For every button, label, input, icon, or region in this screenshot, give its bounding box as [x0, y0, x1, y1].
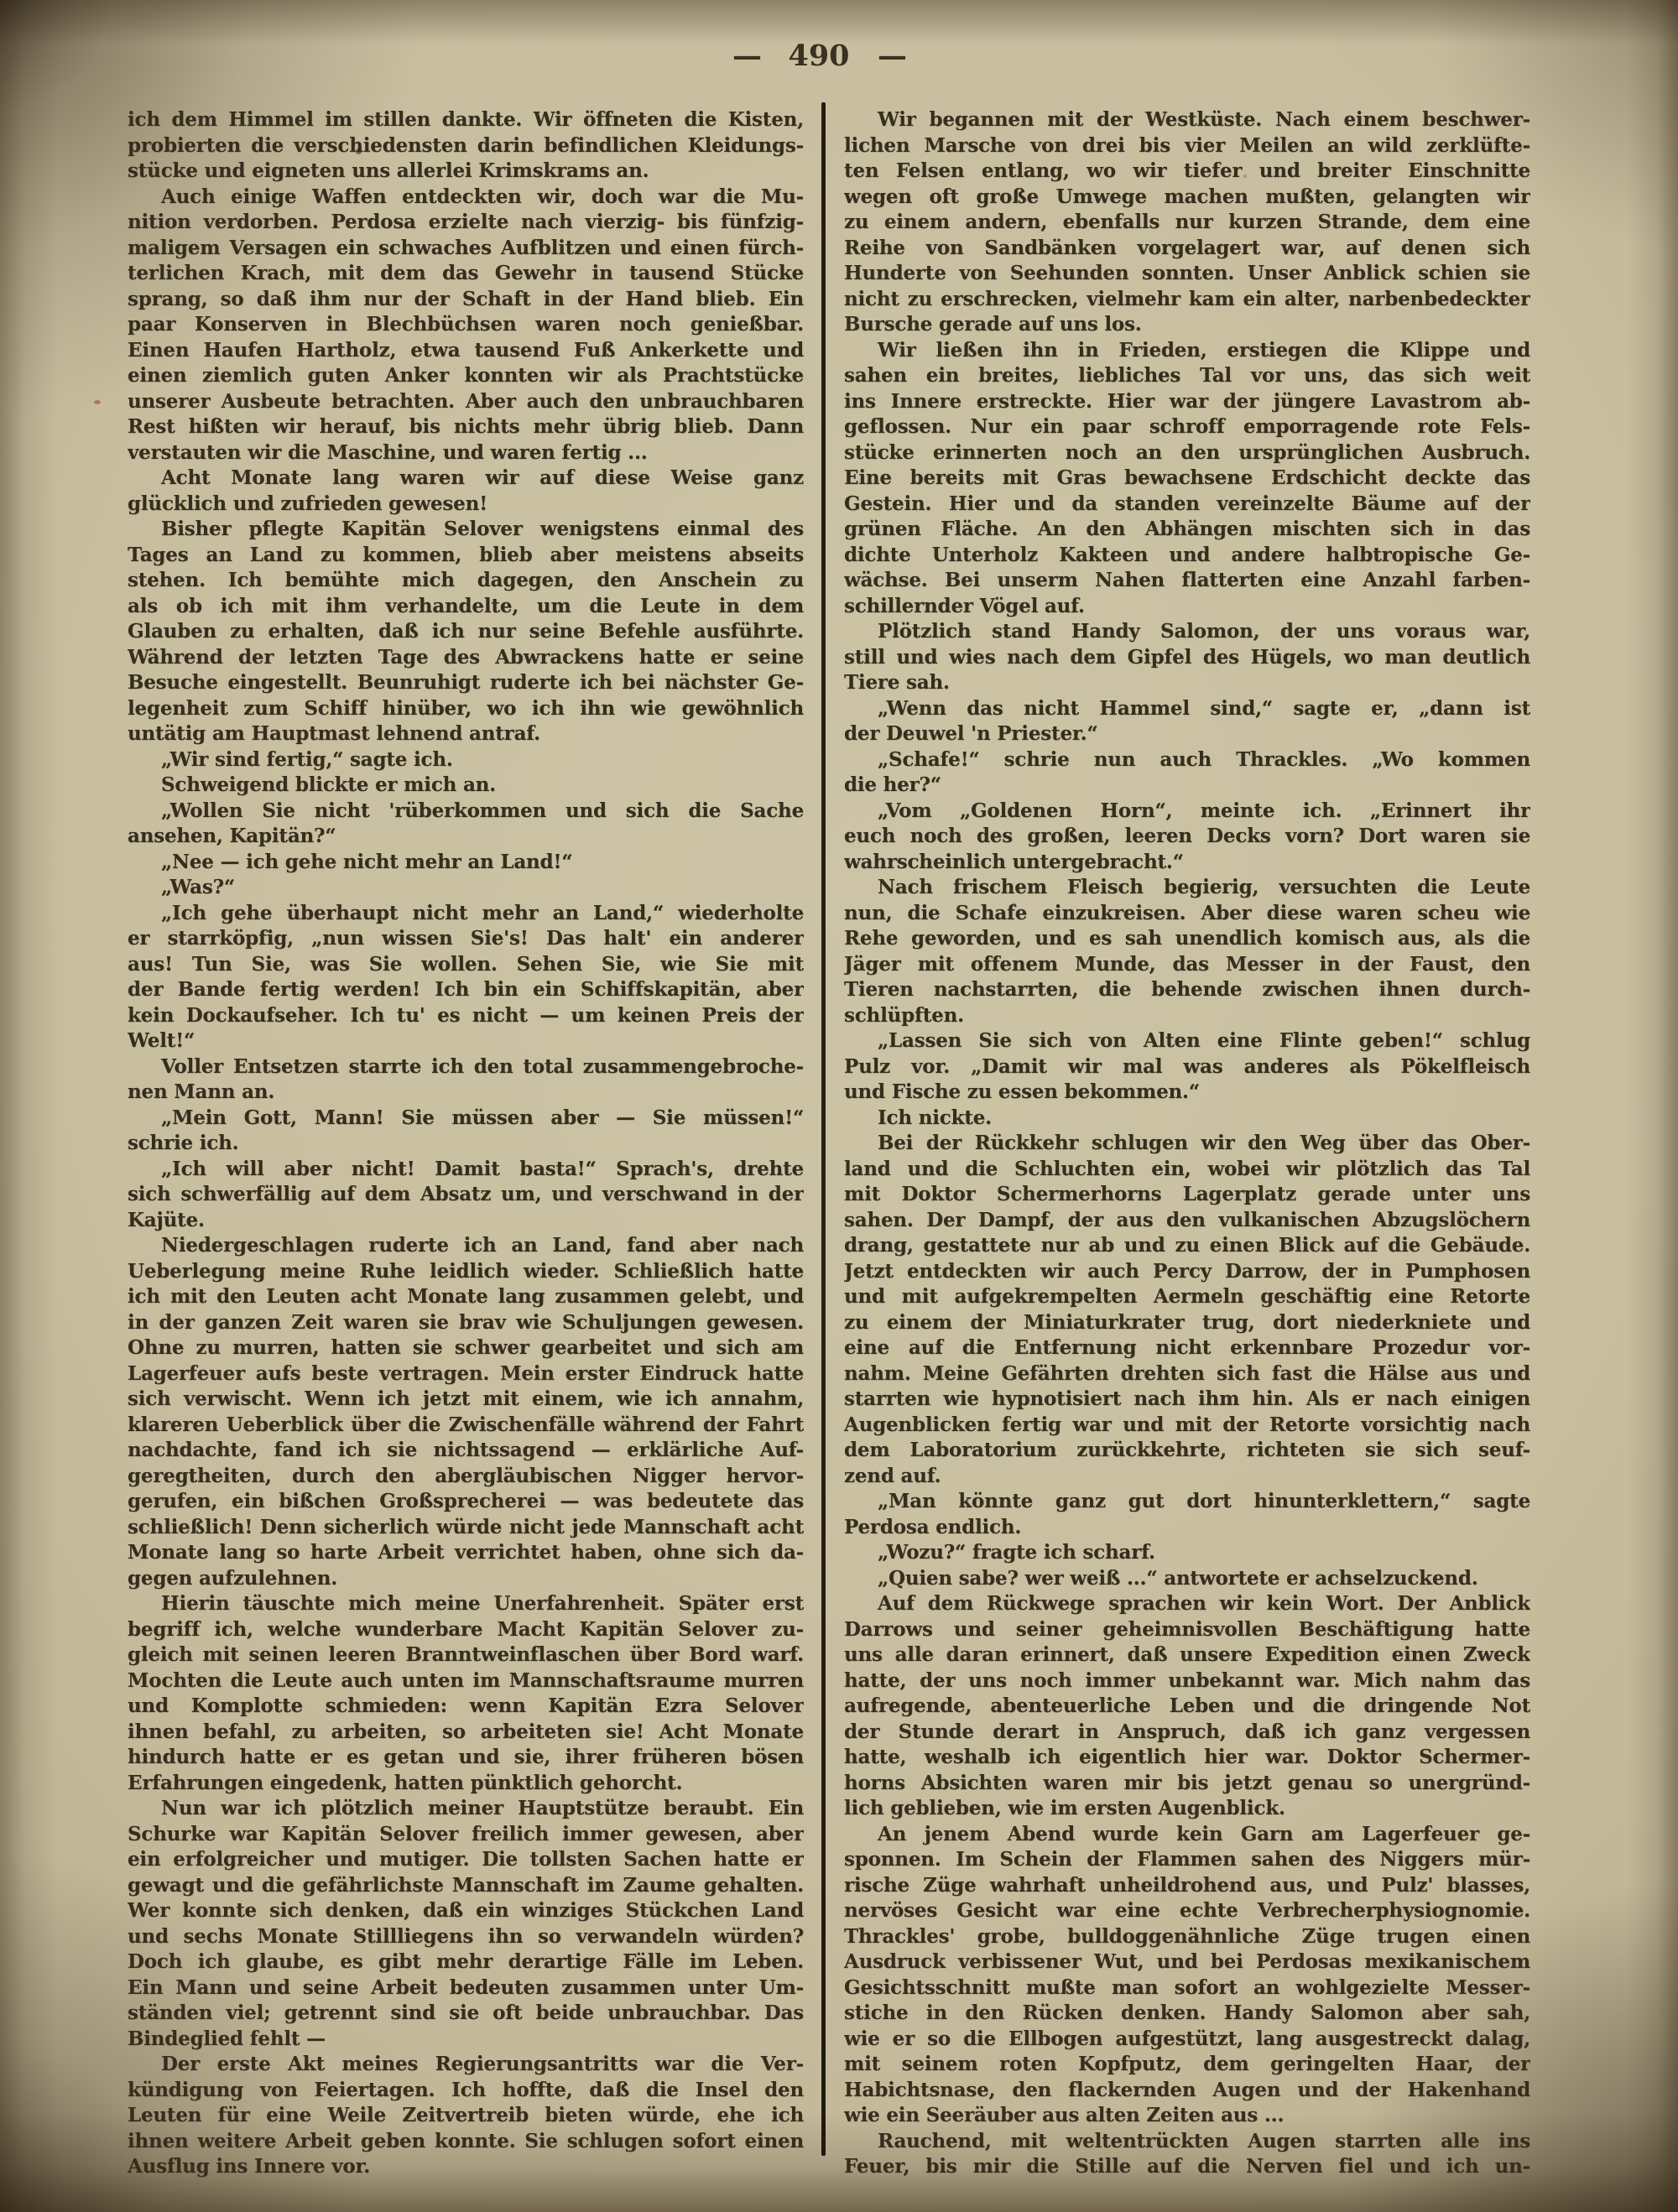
text-line: einen ziemlich guten Anker konnten wir a…	[128, 363, 804, 389]
text-line: glücklich und zufrieden gewesen!	[128, 492, 804, 518]
text-line: stücke erinnerten noch an den ursprüngli…	[844, 440, 1530, 466]
text-line: „Mein Gott, Mann! Sie müssen aber — Sie …	[128, 1106, 804, 1132]
text-line: Tieren nachstarrten, die behende zwische…	[844, 977, 1530, 1003]
text-line: zend auf.	[844, 1464, 1530, 1490]
text-line: Auch einige Waffen entdeckten wir, doch …	[128, 185, 804, 211]
text-line: Reihe von Sandbänken vorgelagert war, au…	[844, 236, 1530, 262]
text-line: Erfahrungen eingedenk, hatten pünktlich …	[128, 1771, 804, 1797]
text-line: Kajüte.	[128, 1208, 804, 1234]
text-line: Tages an Land zu kommen, blieb aber meis…	[128, 543, 804, 569]
text-line: zu einem der Miniaturkrater trug, dort n…	[844, 1310, 1530, 1336]
header-dash-right: —	[878, 39, 905, 73]
text-line: der Deuwel 'n Priester.“	[844, 721, 1530, 747]
text-line: Ausdruck verbissener Wut, und bei Perdos…	[844, 1949, 1530, 1975]
text-line: nervöses Gesicht war eine echte Verbrech…	[844, 1898, 1530, 1924]
text-line: wie er so die Ellbogen aufgestützt, lang…	[844, 2027, 1530, 2053]
paper-speck	[537, 173, 540, 176]
text-line: Voller Entsetzen starrte ich den total z…	[128, 1054, 804, 1080]
paper-speck	[94, 400, 101, 404]
text-line: „Wenn das nicht Hammel sind,“ sagte er, …	[844, 696, 1530, 722]
text-line: schließlich! Denn sicherlich würde nicht…	[128, 1515, 804, 1541]
text-line: „Lassen Sie sich von Alten eine Flinte g…	[844, 1028, 1530, 1054]
text-line: Rauchend, mit weltentrückten Augen starr…	[844, 2129, 1530, 2155]
text-line: wie ein Seeräuber aus alten Zeiten aus .…	[844, 2103, 1530, 2129]
text-line: Plötzlich stand Handy Salomon, der uns v…	[844, 619, 1530, 645]
text-line: Augenblicken fertig war und mit der Reto…	[844, 1413, 1530, 1439]
text-line: Einen Haufen Hartholz, etwa tausend Fuß …	[128, 338, 804, 364]
text-line: „Was?“	[128, 875, 804, 901]
text-line: land und die Schluchten ein, wobei wir p…	[844, 1157, 1530, 1183]
text-line: gegen aufzulehnen.	[128, 1566, 804, 1592]
text-line: gewagt und die gefährlichste Mannschaft …	[128, 1873, 804, 1899]
text-line: rische Züge wahrhaft unheildrohend aus, …	[844, 1873, 1530, 1899]
paper-speck	[356, 148, 362, 154]
text-line: Bisher pflegte Kapitän Selover wenigsten…	[128, 517, 804, 543]
text-line: Besuche eingestellt. Beunruhigt ruderte …	[128, 670, 804, 696]
text-line: wächse. Bei unserm Nahen flatterten eine…	[844, 568, 1530, 594]
text-line: „Wollen Sie nicht 'rüberkommen und sich …	[128, 799, 804, 825]
text-line: Feuer, bis mir die Stille auf die Nerven…	[844, 2154, 1530, 2180]
text-line: Acht Monate lang waren wir auf diese Wei…	[128, 466, 804, 492]
text-line: stiche in den Rücken denken. Handy Salom…	[844, 2001, 1530, 2027]
text-line: geflossen. Nur ein paar schroff emporrag…	[844, 414, 1530, 440]
text-line: „Quien sabe? wer weiß ...“ antwortete er…	[844, 1566, 1530, 1592]
text-line: starrten wie hypnotisiert nach ihm hin. …	[844, 1387, 1530, 1413]
text-line: Bei der Rückkehr schlugen wir den Weg üb…	[844, 1131, 1530, 1157]
text-line: ich dem Himmel im stillen dankte. Wir öf…	[128, 107, 804, 133]
text-line: lich geblieben, wie im ersten Augenblick…	[844, 1796, 1530, 1822]
text-line: Perdosa endlich.	[844, 1515, 1530, 1541]
text-line: sich verwischt. Wenn ich jetzt mit einem…	[128, 1387, 804, 1413]
page-header: — 490 —	[732, 37, 905, 74]
text-line: und mit aufgekrempelten Aermeln geschäft…	[844, 1284, 1530, 1310]
text-line: Jetzt entdeckten wir auch Percy Darrow, …	[844, 1259, 1530, 1285]
text-line: sponnen. Im Schein der Flammen sahen des…	[844, 1847, 1530, 1873]
text-line: nen Mann an.	[128, 1080, 804, 1106]
text-line: als ob ich mit ihm verhandelte, um die L…	[128, 594, 804, 620]
text-line: Wer konnte sich denken, daß ein winziges…	[128, 1898, 804, 1924]
text-line: kündigung von Feiertagen. Ich hoffte, da…	[128, 2078, 804, 2104]
text-line: Wir ließen ihn in Frieden, erstiegen die…	[844, 338, 1530, 364]
text-line: Glauben zu erhalten, daß ich nur seine B…	[128, 619, 804, 645]
text-line: wegen oft große Umwege machen mußten, ge…	[844, 185, 1530, 211]
text-line: Niedergeschlagen ruderte ich an Land, fa…	[128, 1233, 804, 1259]
text-line: in der ganzen Zeit waren sie brav wie Sc…	[128, 1310, 804, 1336]
text-line: dem Laboratorium zurückkehrte, richteten…	[844, 1438, 1530, 1464]
right-text-column: Wir begannen mit der Westküste. Nach ein…	[844, 107, 1530, 2180]
text-line: Nach frischem Fleisch begierig, versucht…	[844, 875, 1530, 901]
left-text-column: ich dem Himmel im stillen dankte. Wir öf…	[128, 107, 804, 2180]
text-line: aufregende, abenteuerliche Leben und die…	[844, 1694, 1530, 1720]
text-line: hindurch hatte er es getan und sie, ihre…	[128, 1745, 804, 1771]
text-line: nition verdorben. Perdosa erzielte nach …	[128, 210, 804, 236]
text-line: er starrköpfig, „nun wissen Sie's! Das h…	[128, 926, 804, 952]
text-line: Eine bereits mit Gras bewachsene Erdschi…	[844, 466, 1530, 492]
text-line: legenheit zum Schiff hinüber, wo ich ihn…	[128, 696, 804, 722]
text-line: Mochten die Leute auch unten im Mannscha…	[128, 1668, 804, 1694]
text-line: Gesichtsschnitt mußte man sofort an wohl…	[844, 1975, 1530, 2001]
text-line: ihnen weitere Arbeit geben konnte. Sie s…	[128, 2129, 804, 2155]
text-line: Gestein. Hier und da standen vereinzelte…	[844, 492, 1530, 518]
text-line: zu einem andern, ebenfalls nur kurzen St…	[844, 210, 1530, 236]
text-line: nicht zu erschrecken, vielmehr kam ein a…	[844, 287, 1530, 313]
text-line: Doch ich glaube, es gibt mehr derartige …	[128, 1949, 804, 1975]
text-line: sahen. Der Dampf, der aus den vulkanisch…	[844, 1208, 1530, 1234]
text-line: untätig am Hauptmast lehnend antraf.	[128, 721, 804, 747]
text-line: Bursche gerade auf uns los.	[844, 312, 1530, 338]
text-line: Hunderte von Seehunden sonnten. Unser An…	[844, 261, 1530, 287]
text-line: Ohne zu murren, hatten sie schwer gearbe…	[128, 1335, 804, 1361]
text-line: schlüpften.	[844, 1003, 1530, 1029]
text-line: Rest hißten wir herauf, bis nichts mehr …	[128, 414, 804, 440]
paper-speck	[1012, 903, 1016, 907]
text-line: mit seinem roten Kopfputz, dem geringelt…	[844, 2052, 1530, 2078]
text-line: „Man könnte ganz gut dort hinunterklette…	[844, 1489, 1530, 1515]
book-page: — 490 — ich dem Himmel im stillen dankte…	[0, 0, 1678, 2212]
text-line: Schweigend blickte er mich an.	[128, 773, 804, 799]
text-line: Ausflug ins Innere vor.	[128, 2154, 804, 2180]
text-line: unserer Ausbeute betrachten. Aber auch d…	[128, 389, 804, 415]
text-line: Ueberlegung meine Ruhe leidlich wieder. …	[128, 1259, 804, 1285]
text-line: die her?“	[844, 773, 1530, 799]
text-line: Auf dem Rückwege sprachen wir kein Wort.…	[844, 1591, 1530, 1617]
text-line: Der erste Akt meines Regierungsantritts …	[128, 2052, 804, 2078]
text-line: nahm. Meine Gefährten drehten sich fast …	[844, 1361, 1530, 1387]
text-line: Thrackles' grobe, bulldoggenähnliche Züg…	[844, 1924, 1530, 1950]
text-line: uns alle daran erinnert, daß unsere Expe…	[844, 1642, 1530, 1668]
text-line: Darrows und seiner geheimnisvollen Besch…	[844, 1617, 1530, 1643]
text-line: klareren Ueberblick über die Zwischenfäl…	[128, 1413, 804, 1439]
text-line: grünen Fläche. An den Abhängen mischten …	[844, 517, 1530, 543]
text-line: „Nee — ich gehe nicht mehr an Land!“	[128, 850, 804, 876]
text-line: ten Felsen entlang, wo wir tiefer und br…	[844, 159, 1530, 185]
text-line: ansehen, Kapitän?“	[128, 824, 804, 850]
text-line: horns Absichten waren mir bis jetzt gena…	[844, 1771, 1530, 1797]
text-line: stehen. Ich bemühte mich dagegen, den An…	[128, 568, 804, 594]
text-line: hatte, der uns noch immer unbekannt war.…	[844, 1668, 1530, 1694]
text-line: und sechs Monate Stillliegens ihn so ver…	[128, 1924, 804, 1950]
page-number: 490	[788, 39, 849, 73]
text-line: „Ich gehe überhaupt nicht mehr an Land,“…	[128, 901, 804, 927]
text-line: Tiere sah.	[844, 670, 1530, 696]
text-line: lichen Marsche von drei bis vier Meilen …	[844, 133, 1530, 159]
text-line: drang, gestattete nur ab und zu einen Bl…	[844, 1233, 1530, 1259]
text-line: ins Innere erstreckte. Hier war der jüng…	[844, 389, 1530, 415]
text-line: dichte Unterholz Kakteen und andere halb…	[844, 543, 1530, 569]
text-line: maligem Versagen ein schwaches Aufblitze…	[128, 236, 804, 262]
text-line: verstauten wir die Maschine, und waren f…	[128, 440, 804, 466]
text-line: Rehe geworden, und es sah unendlich komi…	[844, 926, 1530, 952]
text-line: mit Doktor Schermerhorns Lagerplatz gera…	[844, 1182, 1530, 1208]
text-line: Ein Mann und seine Arbeit bedeuten zusam…	[128, 1975, 804, 2001]
text-line: „Wir sind fertig,“ sagte ich.	[128, 747, 804, 773]
text-line: terlichen Krach, mit dem das Gewehr in t…	[128, 261, 804, 287]
paper-speck	[998, 352, 1003, 356]
text-line: gerufen, ein bißchen Großsprecherei — wa…	[128, 1489, 804, 1515]
text-line: probierten die verschiedensten darin bef…	[128, 133, 804, 159]
text-line: Monate lang so harte Arbeit verrichtet h…	[128, 1540, 804, 1566]
text-line: An jenem Abend wurde kein Garn am Lagerf…	[844, 1822, 1530, 1848]
text-line: Bindeglied fehlt —	[128, 2027, 804, 2053]
text-line: „Wozu?“ fragte ich scharf.	[844, 1540, 1530, 1566]
text-line: schillernder Vögel auf.	[844, 594, 1530, 620]
text-line: „Vom „Goldenen Horn“, meinte ich. „Erinn…	[844, 799, 1530, 825]
text-line: kein Dockaufseher. Ich tu' es nicht — um…	[128, 1003, 804, 1029]
text-line: wahrscheinlich untergebracht.“	[844, 850, 1530, 876]
text-line: aus! Tun Sie, was Sie wollen. Sehen Sie,…	[128, 952, 804, 978]
text-line: Pulz vor. „Damit wir mal was anderes als…	[844, 1054, 1530, 1080]
text-line: „Ich will aber nicht! Damit basta!“ Spra…	[128, 1157, 804, 1183]
text-line: sich schwerfällig auf dem Absatz um, und…	[128, 1182, 804, 1208]
text-line: Nun war ich plötzlich meiner Hauptstütze…	[128, 1796, 804, 1822]
text-line: Hierin täuschte mich meine Unerfahrenhei…	[128, 1591, 804, 1617]
text-line: nun, die Schafe einzukreisen. Aber diese…	[844, 901, 1530, 927]
text-line: still und wies nach dem Gipfel des Hügel…	[844, 645, 1530, 671]
header-dash-left: —	[732, 39, 760, 73]
paper-speck	[1243, 174, 1247, 178]
text-line: eine auf die Entfernung nicht erkennbare…	[844, 1335, 1530, 1361]
text-line: Ich nickte.	[844, 1106, 1530, 1132]
text-line: paar Konserven in Blechbüchsen waren noc…	[128, 312, 804, 338]
text-line: der Bande fertig werden! Ich bin ein Sch…	[128, 977, 804, 1003]
column-divider-rule	[821, 102, 826, 2156]
text-line: gleich mit seinen leeren Branntweinflasc…	[128, 1642, 804, 1668]
text-line: ständen viel; getrennt sind sie oft beid…	[128, 2001, 804, 2027]
text-line: Wir begannen mit der Westküste. Nach ein…	[844, 107, 1530, 133]
text-line: hatte, weshalb ich eigentlich hier war. …	[844, 1745, 1530, 1771]
text-line: sahen ein breites, liebliches Tal vor un…	[844, 363, 1530, 389]
text-line: und Fische zu essen bekommen.“	[844, 1080, 1530, 1106]
text-line: Welt!“	[128, 1028, 804, 1054]
text-line: Schurke war Kapitän Selover freilich imm…	[128, 1822, 804, 1848]
text-line: begriff ich, welche wunderbare Macht Kap…	[128, 1617, 804, 1643]
text-line: „Schafe!“ schrie nun auch Thrackles. „Wo…	[844, 747, 1530, 773]
text-line: nachdachte, fand ich sie nichtssagend — …	[128, 1438, 804, 1464]
text-line: Leuten für eine Weile Zeitvertreib biete…	[128, 2103, 804, 2129]
text-line: Habichtsnase, den flackernden Augen und …	[844, 2078, 1530, 2104]
text-line: euch noch des großen, leeren Decks vorn?…	[844, 824, 1530, 850]
text-line: und Komplotte schmieden: wenn Kapitän Ez…	[128, 1694, 804, 1720]
text-line: sprang, so daß ihm nur der Schaft in der…	[128, 287, 804, 313]
text-line: Lagerfeuer aufs beste vertragen. Mein er…	[128, 1361, 804, 1387]
text-line: geregtheiten, durch den abergläubischen …	[128, 1464, 804, 1490]
text-line: Jäger mit offenem Munde, das Messer in d…	[844, 952, 1530, 978]
text-line: ihnen befahl, zu arbeiten, so arbeiteten…	[128, 1720, 804, 1746]
text-line: stücke und eigneten uns allerlei Krimskr…	[128, 159, 804, 185]
text-line: der Stunde derart in Anspruch, daß ich g…	[844, 1720, 1530, 1746]
text-line: ich mit den Leuten acht Monate lang zusa…	[128, 1284, 804, 1310]
text-line: ein erfolgreicher und mutiger. Die tolls…	[128, 1847, 804, 1873]
text-line: schrie ich.	[128, 1131, 804, 1157]
text-line: Während der letzten Tage des Abwrackens …	[128, 645, 804, 671]
